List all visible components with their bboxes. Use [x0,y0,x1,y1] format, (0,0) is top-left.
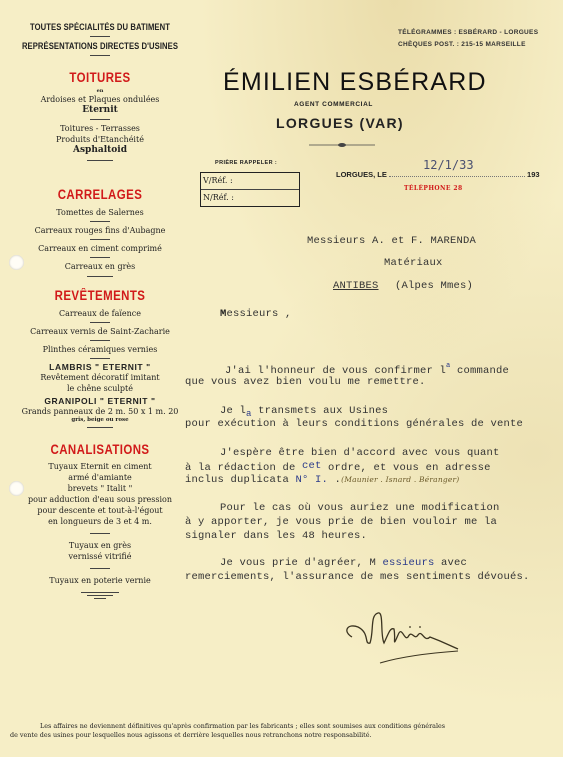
paragraph-5-line-2: remerciements, l'assurance de mes sentim… [185,571,530,583]
item-text: pour descente et tout-à-l'égout [0,505,200,516]
recipient-address: ANTIBES (Alpes Mmes) [333,280,473,292]
item-text: Tuyaux Eternit en ciment [0,461,200,472]
item-text: LAMBRIS " ETERNIT " [0,362,200,372]
paragraph-3-line-1: J'espère être bien d'accord avec vous qu… [220,447,500,459]
recipient-city: ANTIBES [333,280,379,292]
item-text: Eternit [0,105,200,116]
item-text: Grands panneaux de 2 m. 50 x 1 m. 20 [0,406,200,417]
item-text: Carreaux en grès [0,261,200,272]
item-text: en longueurs de 3 et 4 m. [0,516,200,527]
item-text: Carreaux en ciment comprimé [0,243,200,254]
signature [340,605,470,667]
company-name: ÉMILIEN ESBÉRARD [223,68,487,97]
salutation-text: essieurs , [227,308,292,320]
telephone: TÉLÉPHONE 28 [404,185,463,192]
item-text: Ardoises et Plaques ondulées [0,94,200,105]
handwritten-note: (Maunier . Isnard . Béranger) [341,475,459,484]
telegram-info: TÉLÉGRAMMES : ESBÉRARD - LORGUES CHÈQUES… [398,27,538,51]
date-year-prefix: 193 [527,170,540,179]
item-text: Tomettes de Salernes [0,207,200,218]
postal-cheques: CHÈQUES POST. : 215-15 MARSEILLE [398,39,538,51]
category-title: TOITURES [15,70,185,85]
company-city: LORGUES (VAR) [276,115,404,131]
paragraph-3-line-2: à la rédaction de cet ordre, et vous en … [185,460,491,474]
section-revetements: REVÊTEMENTS Carreaux de faïence Carreaux… [0,288,200,432]
company-role: AGENT COMMERCIAL [294,101,373,108]
item-text: Carreaux vernis de Saint-Zacharie [0,326,200,337]
item-text: Plinthes céramiques vernies [0,344,200,355]
paragraph-4-line-3: signaler dans les 48 heures. [185,530,367,542]
footer-line-1: Les affaires ne deviennent définitives q… [10,722,555,731]
item-text: Asphaltoid [0,145,200,156]
category-title: CARRELAGES [15,187,185,202]
item-text: Tuyaux en poterie vernie [0,575,200,586]
item-text: Tuyaux en grès [0,540,200,551]
footer-line-2: de vente des usines pour lesquelles nous… [10,731,555,740]
paragraph-4-line-1: Pour le cas où vous auriez une modificat… [220,502,500,514]
flourish-ornament [307,142,377,148]
your-reference: V/Réf. : [201,173,299,189]
section-toitures: TOITURES en Ardoises et Plaques ondulées… [0,70,200,165]
paragraph-1-line-2: que vous avez bien voulu me remettre. [185,376,426,388]
recipient-region: (Alpes Mmes) [395,280,473,292]
item-text: pour adduction d'eau sous pression [0,494,200,505]
item-text: GRANIPOLI " ETERNIT " [0,396,200,406]
telegram-address: TÉLÉGRAMMES : ESBÉRARD - LORGUES [398,27,538,39]
recipient-business: Matériaux [384,257,443,269]
section-canalisations: CANALISATIONS Tuyaux Eternit en ciment a… [0,442,200,601]
recipient-name: Messieurs A. et F. MARENDA [307,235,476,247]
our-reference: N/Réf. : [201,189,299,206]
date-prefix: LORGUES, LE [336,170,387,179]
handwritten-date: 12/1/33 [423,158,474,172]
representations-header: REPRÉSENTATIONS DIRECTES D'USINES [15,41,185,51]
paragraph-2-line-2: pour exécution à leurs conditions généra… [185,418,523,430]
item-text: armé d'amiante [0,472,200,483]
category-title: REVÊTEMENTS [15,288,185,303]
item-text: Carreaux rouges fins d'Aubagne [0,225,200,236]
item-text: Toitures - Terrasses [0,123,200,134]
paragraph-2-line-1: Je la transmets aux Usines [220,405,388,419]
item-text: vernissé vitrifié [0,551,200,562]
paragraph-4-line-2: à y apporter, je vous prie de bien voulo… [185,516,497,528]
reference-box: V/Réf. : N/Réf. : [200,172,300,207]
paragraph-5-line-1: Je vous prie d'agréer, M essieurs avec [220,557,467,569]
paragraph-1-line-1: J'ai l'honneur de vous confirmer la comm… [225,362,509,377]
item-text: Carreaux de faïence [0,308,200,319]
footer-disclaimer: Les affaires ne deviennent définitives q… [10,722,555,740]
item-text: brevets " Italit " [0,483,200,494]
item-text: Produits d'Etanchéité [0,134,200,145]
item-text: le chêne sculpté [0,383,200,394]
item-text: gris, beige ou rose [0,417,200,423]
item-text: Revêtement décoratif imitant [0,372,200,383]
specialties-header: TOUTES SPÉCIALITÉS DU BATIMENT [15,22,185,32]
salutation: Messieurs , [220,308,292,320]
paragraph-3-line-3: inclus duplicata N° I. .(Maunier . Isnar… [185,474,459,486]
category-title: CANALISATIONS [15,442,185,457]
reference-prompt: PRIÈRE RAPPELER : [215,160,277,166]
section-carrelages: CARRELAGES Tomettes de Salernes Carreaux… [0,187,200,281]
